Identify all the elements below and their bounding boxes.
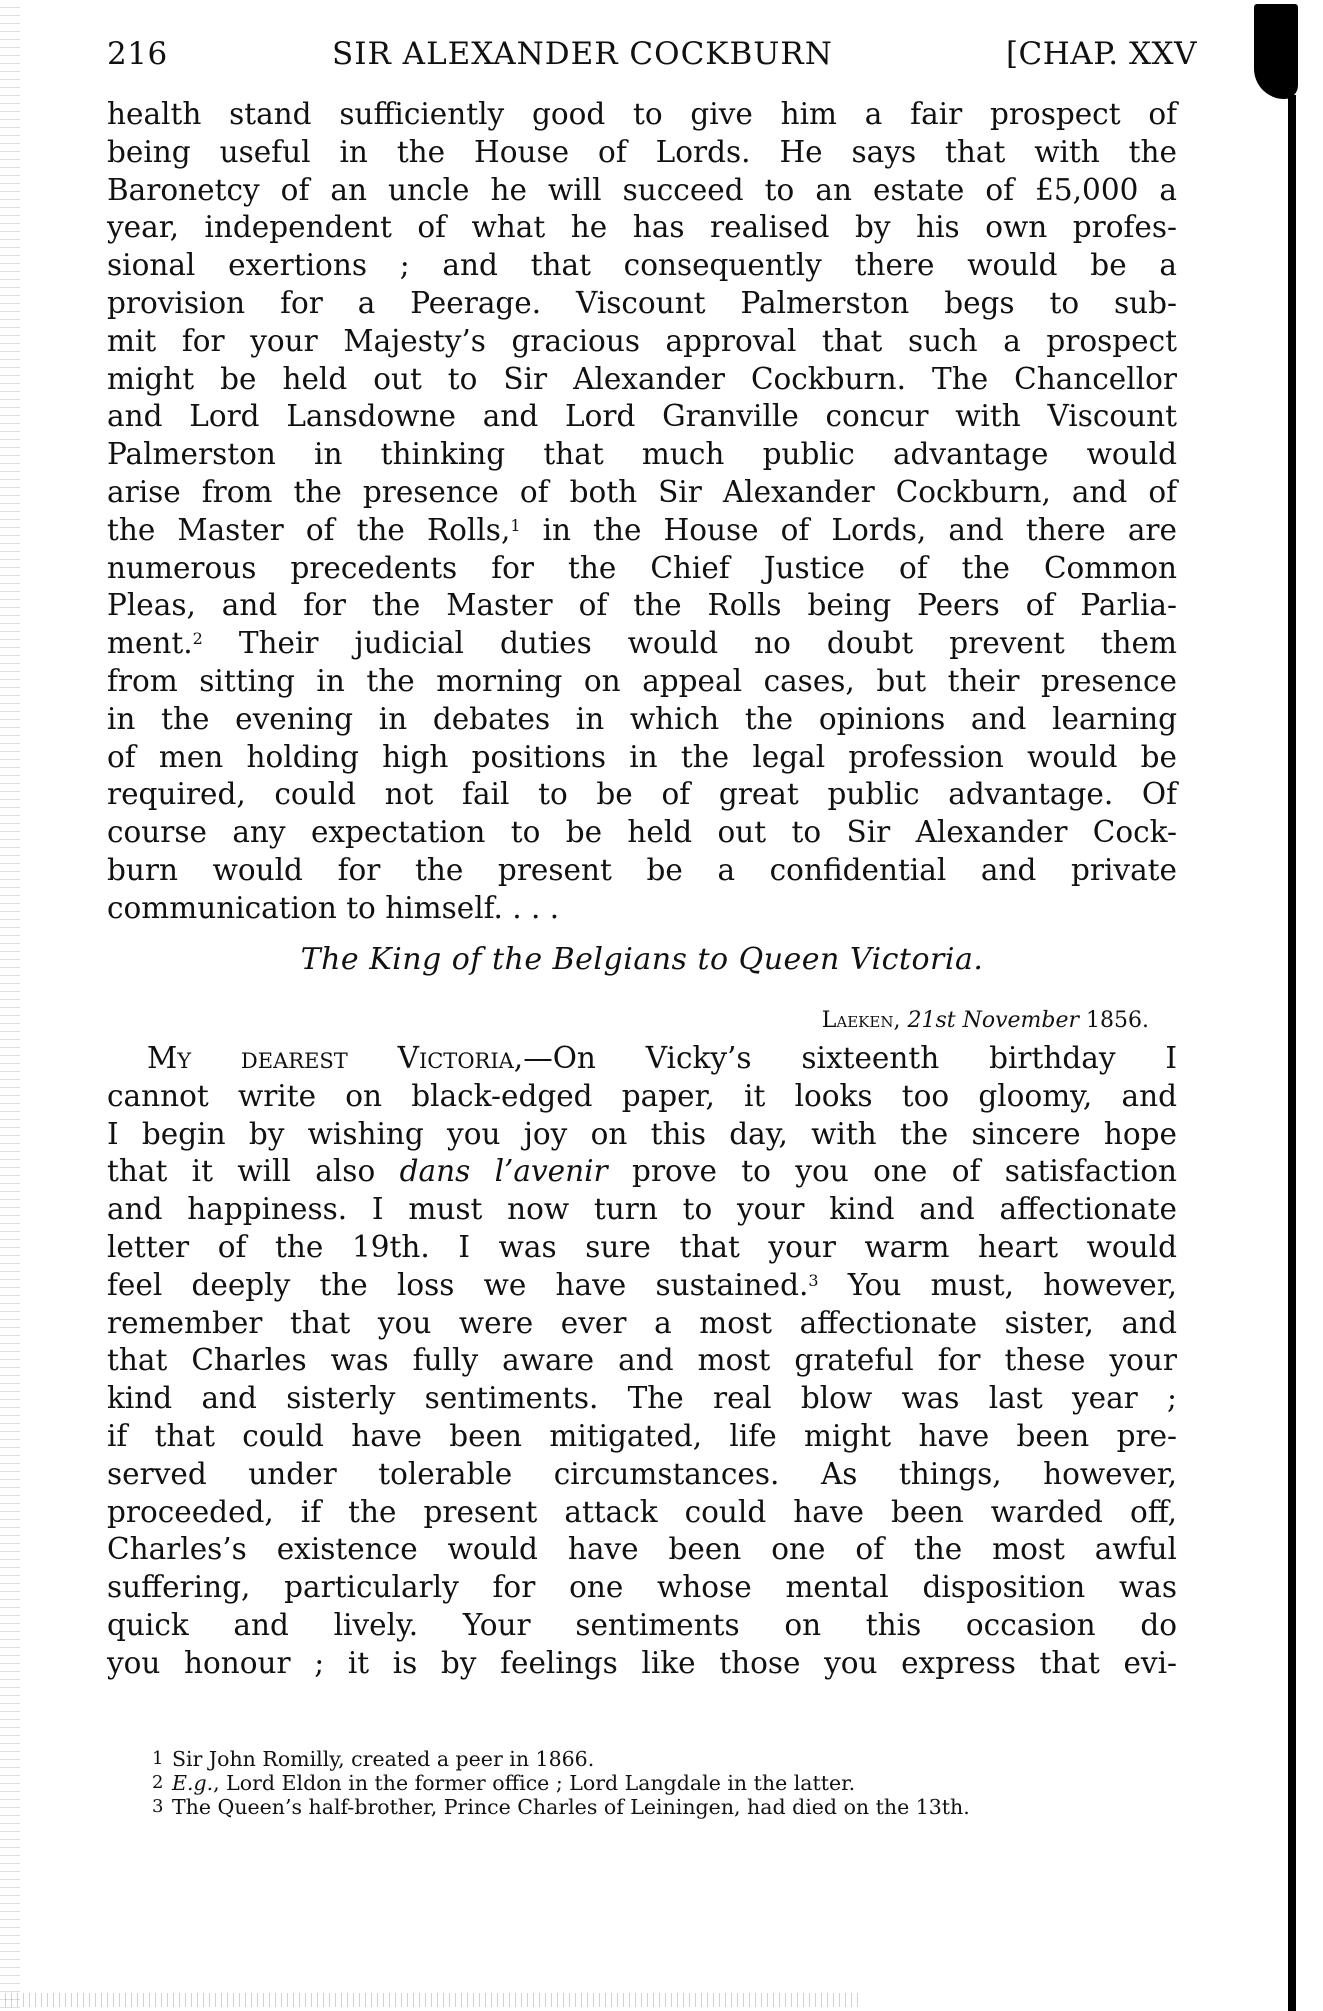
text-line: numerous precedents for the Chief Justic… (107, 550, 1177, 588)
scan-artifact-right-edge (1288, 95, 1296, 2011)
letter-dateline: Laeken, 21st November 1856. (822, 1008, 1149, 1033)
text-line: Baronetcy of an uncle he will succeed to… (107, 172, 1177, 210)
text-line: sional exertions ; and that consequently… (107, 247, 1177, 285)
dateline-month: November (963, 1008, 1079, 1033)
text-segment: in the House of Lords, and there are (521, 513, 1177, 547)
text-line: remember that you were ever a most affec… (107, 1305, 1177, 1343)
text-line: communication to himself. . . . (107, 890, 1177, 928)
text-line: Charles’s existence would have been one … (107, 1531, 1177, 1569)
text-line: burn would for the present be a confiden… (107, 852, 1177, 890)
text-line: kind and sisterly sentiments. The real b… (107, 1380, 1177, 1418)
text-line: provision for a Peerage. Viscount Palmer… (107, 285, 1177, 323)
text-line: Palmerston in thinking that much public … (107, 436, 1177, 474)
text-line: of men holding high positions in the leg… (107, 739, 1177, 777)
letter-heading: The King of the Belgians to Queen Victor… (107, 942, 1177, 977)
text-line: feel deeply the loss we have sustained.3… (107, 1267, 1177, 1305)
footnotes: 1Sir John Romilly, created a peer in 186… (152, 1747, 970, 1819)
footnote-ref-2[interactable]: 2 (193, 629, 203, 648)
footnote-number: 1 (152, 1747, 172, 1770)
text-segment: feel deeply the loss we have sustained. (107, 1268, 808, 1302)
footnote-number: 2 (152, 1771, 172, 1794)
footnote-text: , Lord Eldon in the former office ; Lord… (213, 1771, 855, 1795)
text-line: arise from the presence of both Sir Alex… (107, 474, 1177, 512)
paragraph-letter-body: My dearest Victoria,—On Vicky’s sixteent… (107, 1040, 1177, 1683)
text-line: if that could have been mitigated, life … (107, 1418, 1177, 1456)
text-segment: Their judicial duties would no doubt pre… (203, 626, 1177, 660)
italic-phrase: dans l’avenir (400, 1154, 608, 1188)
text-line: quick and lively. Your sentiments on thi… (107, 1607, 1177, 1645)
running-head: 216 SIR ALEXANDER COCKBURN [CHAP. XXV (107, 36, 1197, 76)
text-line: cannot write on black-edged paper, it lo… (107, 1078, 1177, 1116)
footnote-2: 2E.g., Lord Eldon in the former office ;… (152, 1771, 970, 1795)
footnote-1: 1Sir John Romilly, created a peer in 186… (152, 1747, 970, 1771)
text-line: served under tolerable circumstances. As… (107, 1456, 1177, 1494)
footnote-text: The Queen’s half-brother, Prince Charles… (172, 1795, 970, 1819)
text-segment: that it will also (107, 1154, 400, 1188)
text-segment: prove to you one of satisfaction (608, 1154, 1177, 1188)
text-line: might be held out to Sir Alexander Cockb… (107, 361, 1177, 399)
text-line: suffering, particularly for one whose me… (107, 1569, 1177, 1607)
text-line: ment.2 Their judicial duties would no do… (107, 625, 1177, 663)
scan-artifact-ink-blot (1254, 4, 1298, 99)
scan-artifact-bottom-noise (0, 1993, 860, 2007)
text-segment: You must, however, (819, 1268, 1177, 1302)
text-line: that it will also dans l’avenir prove to… (107, 1153, 1177, 1191)
chapter-label: [CHAP. XXV (1006, 36, 1197, 72)
footnote-ref-3[interactable]: 3 (808, 1271, 818, 1290)
text-line: proceeded, if the present attack could h… (107, 1494, 1177, 1532)
dateline-year: 1856. (1086, 1008, 1149, 1033)
text-segment: —On Vicky’s sixteenth birthday I (523, 1041, 1177, 1075)
dateline-place: Laeken, (822, 1008, 901, 1033)
page-number: 216 (107, 36, 168, 72)
scan-artifact-left-edge (0, 0, 20, 2011)
text-line: course any expectation to be held out to… (107, 814, 1177, 852)
footnote-number: 3 (152, 1795, 172, 1818)
running-title: SIR ALEXANDER COCKBURN (332, 36, 833, 72)
text-line: year, independent of what he has realise… (107, 209, 1177, 247)
text-segment: the Master of the Rolls, (107, 513, 510, 547)
text-line: health stand sufficiently good to give h… (107, 96, 1177, 134)
text-line: the Master of the Rolls,1 in the House o… (107, 512, 1177, 550)
text-line: and happiness. I must now turn to your k… (107, 1191, 1177, 1229)
footnote-text: Sir John Romilly, created a peer in 1866… (172, 1747, 594, 1771)
text-line: being useful in the House of Lords. He s… (107, 134, 1177, 172)
text-line: Pleas, and for the Master of the Rolls b… (107, 587, 1177, 625)
paragraph-palmerston-memo: health stand sufficiently good to give h… (107, 96, 1177, 928)
salutation: My dearest Victoria, (147, 1041, 523, 1075)
text-line: mit for your Majesty’s gracious approval… (107, 323, 1177, 361)
text-line: that Charles was fully aware and most gr… (107, 1342, 1177, 1380)
text-line: and Lord Lansdowne and Lord Granville co… (107, 398, 1177, 436)
text-segment: ment. (107, 626, 193, 660)
footnote-italic: E.g. (172, 1771, 213, 1795)
text-line: letter of the 19th. I was sure that your… (107, 1229, 1177, 1267)
text-line: My dearest Victoria,—On Vicky’s sixteent… (107, 1040, 1177, 1078)
dateline-day: 21st (907, 1008, 955, 1033)
text-line: required, could not fail to be of great … (107, 776, 1177, 814)
text-line: in the evening in debates in which the o… (107, 701, 1177, 739)
text-line: from sitting in the morning on appeal ca… (107, 663, 1177, 701)
text-line: you honour ; it is by feelings like thos… (107, 1645, 1177, 1683)
text-line: I begin by wishing you joy on this day, … (107, 1116, 1177, 1154)
footnote-3: 3The Queen’s half-brother, Prince Charle… (152, 1795, 970, 1819)
book-page: 216 SIR ALEXANDER COCKBURN [CHAP. XXV he… (0, 0, 1323, 2011)
footnote-ref-1[interactable]: 1 (510, 516, 520, 535)
